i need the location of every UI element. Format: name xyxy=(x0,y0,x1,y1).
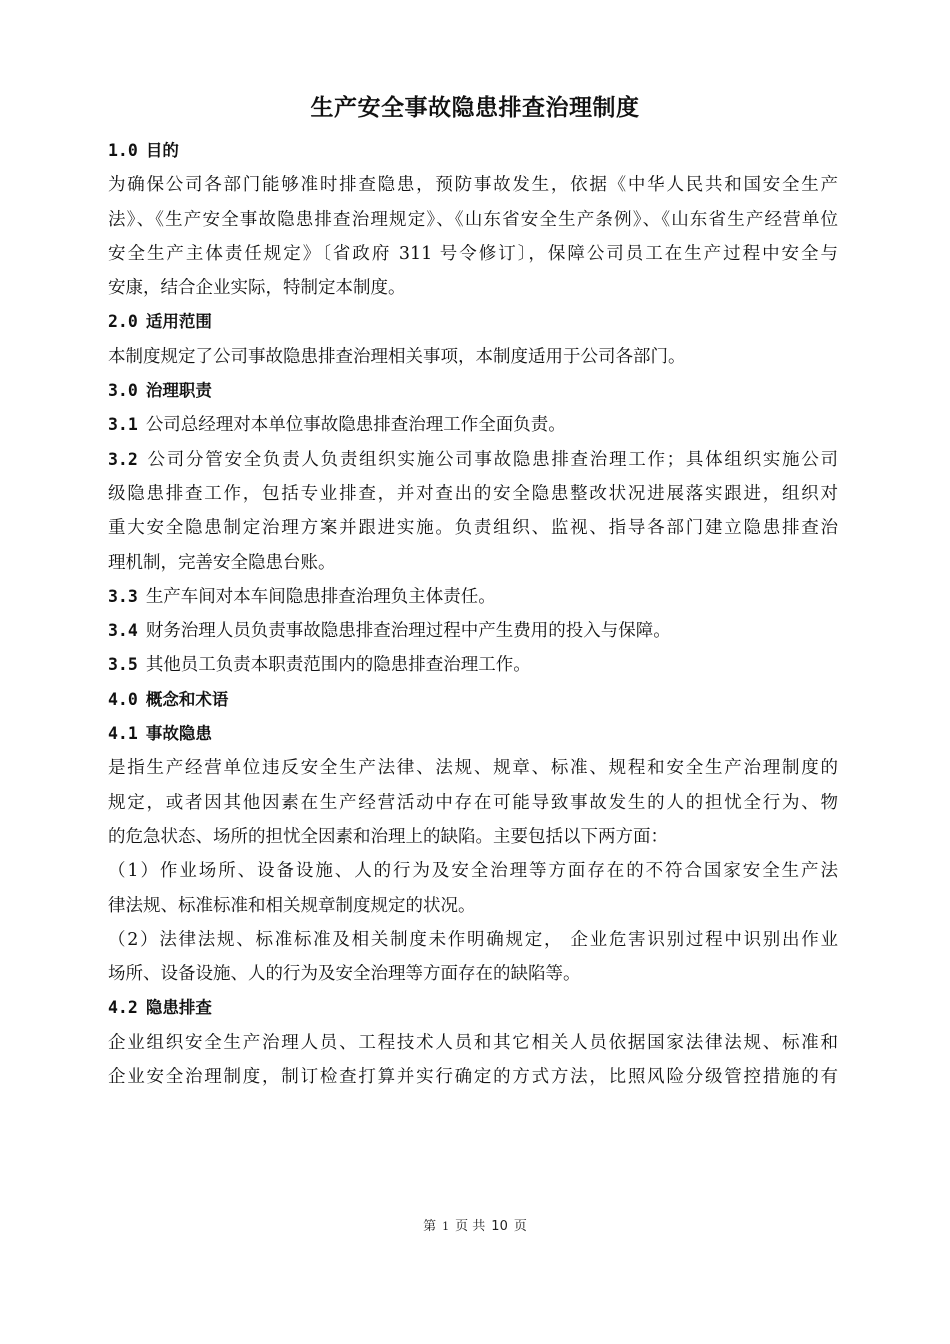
paragraph-line: 企业组织安全生产治理人员、工程技术人员和其它相关人员依据国家法律法规、标准和 xyxy=(108,1026,838,1060)
line-text: 为确保公司各部门能够准时排查隐患，预防事故发生，依据《中华人民共和国安全生产 xyxy=(108,175,838,195)
line-text: 律法规、标准标准和相关规章制度规定的状况。 xyxy=(108,896,476,916)
line-text: 隐患排查 xyxy=(146,998,212,1017)
line-text: （1）作业场所、设备设施、人的行为及安全治理等方面存在的不符合国家安全生产法 xyxy=(108,861,838,881)
section-number: 3.5 xyxy=(108,655,138,674)
section-number: 4.2 xyxy=(108,998,138,1017)
section-heading: 3.0治理职责 xyxy=(108,374,838,408)
page-footer: 第1页 共10页 xyxy=(0,1215,950,1234)
line-text: 目的 xyxy=(146,141,179,160)
paragraph-line: 是指生产经营单位违反安全生产法律、法规、规章、标准、规程和安全生产治理制度的 xyxy=(108,751,838,785)
section-number: 3.3 xyxy=(108,587,138,606)
section-heading: 4.2隐患排查 xyxy=(108,991,838,1025)
paragraph-line: （2）法律法规、标准标准及相关制度未作明确规定， 企业危害识别过程中识别出作业 xyxy=(108,923,838,957)
section-number: 3.2 xyxy=(108,450,138,469)
line-text: 安全生产主体责任规定》〔省政府 311 号令修订〕，保障公司员工在生产过程中安全… xyxy=(108,244,838,264)
document-body: 1.0目的为确保公司各部门能够准时排查隐患，预防事故发生，依据《中华人民共和国安… xyxy=(108,134,838,1094)
paragraph-line: 法》、《生产安全事故隐患排查治理规定》、《山东省安全生产条例》、《山东省生产经营… xyxy=(108,203,838,237)
footer-prefix: 第 xyxy=(423,1219,436,1234)
paragraph-line: 企业安全治理制度，制订检查打算并实行确定的方式方法，比照风险分级管控措施的有 xyxy=(108,1060,838,1094)
section-heading: 2.0适用范围 xyxy=(108,305,838,339)
section-number: 3.0 xyxy=(108,381,138,400)
line-text: 事故隐患 xyxy=(146,724,212,743)
section-number: 4.1 xyxy=(108,724,138,743)
paragraph-line: 律法规、标准标准和相关规章制度规定的状况。 xyxy=(108,889,838,923)
line-text: 法》、《生产安全事故隐患排查治理规定》、《山东省安全生产条例》、《山东省生产经营… xyxy=(108,210,838,230)
line-text: 其他员工负责本职责范围内的隐患排查治理工作。 xyxy=(146,655,531,675)
line-text: 安康，结合企业实际，特制定本制度。 xyxy=(108,278,406,298)
line-text: 企业组织安全生产治理人员、工程技术人员和其它相关人员依据国家法律法规、标准和 xyxy=(108,1033,838,1053)
line-text: 理机制，完善安全隐患台账。 xyxy=(108,553,336,573)
line-text: 场所、设备设施、人的行为及安全治理等方面存在的缺陷等。 xyxy=(108,964,581,984)
section-heading: 4.0概念和术语 xyxy=(108,683,838,717)
section-number: 3.1 xyxy=(108,415,138,434)
section-heading: 4.1事故隐患 xyxy=(108,717,838,751)
clause-line: 3.4财务治理人员负责事故隐患排查治理过程中产生费用的投入与保障。 xyxy=(108,614,838,648)
line-text: 规定，或者因其他因素在生产经营活动中存在可能导致事故发生的人的担忧全行为、物 xyxy=(108,793,838,813)
line-text: 是指生产经营单位违反安全生产法律、法规、规章、标准、规程和安全生产治理制度的 xyxy=(108,758,838,778)
line-text: 本制度规定了公司事故隐患排查治理相关事项，本制度适用于公司各部门。 xyxy=(108,347,686,367)
section-heading: 1.0目的 xyxy=(108,134,838,168)
paragraph-line: 规定，或者因其他因素在生产经营活动中存在可能导致事故发生的人的担忧全行为、物 xyxy=(108,786,838,820)
line-text: 财务治理人员负责事故隐患排查治理过程中产生费用的投入与保障。 xyxy=(146,621,671,641)
paragraph-line: 安康，结合企业实际，特制定本制度。 xyxy=(108,271,838,305)
line-text: 适用范围 xyxy=(146,312,212,331)
paragraph-line: 理机制，完善安全隐患台账。 xyxy=(108,546,838,580)
footer-current-page: 1 xyxy=(442,1220,449,1233)
section-number: 4.0 xyxy=(108,690,138,709)
paragraph-line: 场所、设备设施、人的行为及安全治理等方面存在的缺陷等。 xyxy=(108,957,838,991)
clause-line: 3.2公司分管安全负责人负责组织实施公司事故隐患排查治理工作；具体组织实施公司 xyxy=(108,443,838,477)
section-number: 1.0 xyxy=(108,141,138,160)
section-number: 2.0 xyxy=(108,312,138,331)
line-text: 公司分管安全负责人负责组织实施公司事故隐患排查治理工作；具体组织实施公司 xyxy=(146,450,838,470)
paragraph-line: 级隐患排查工作，包括专业排查，并对查出的安全隐患整改状况进展落实跟进，组织对 xyxy=(108,477,838,511)
paragraph-line: 重大安全隐患制定治理方案并跟进实施。负责组织、监视、指导各部门建立隐患排查治 xyxy=(108,511,838,545)
paragraph-line: 为确保公司各部门能够准时排查隐患，预防事故发生，依据《中华人民共和国安全生产 xyxy=(108,168,838,202)
paragraph-line: 安全生产主体责任规定》〔省政府 311 号令修订〕，保障公司员工在生产过程中安全… xyxy=(108,237,838,271)
line-text: 治理职责 xyxy=(146,381,212,400)
line-text: 的危急状态、场所的担忧全因素和治理上的缺陷。主要包括以下两方面： xyxy=(108,827,668,847)
footer-middle: 页 共 xyxy=(455,1219,485,1234)
document-title: 生产安全事故隐患排查治理制度 xyxy=(0,90,950,126)
line-text: （2）法律法规、标准标准及相关制度未作明确规定， 企业危害识别过程中识别出作业 xyxy=(108,930,838,950)
line-text: 公司总经理对本单位事故隐患排查治理工作全面负责。 xyxy=(146,415,566,435)
line-text: 企业安全治理制度，制订检查打算并实行确定的方式方法，比照风险分级管控措施的有 xyxy=(108,1067,838,1087)
paragraph-line: 的危急状态、场所的担忧全因素和治理上的缺陷。主要包括以下两方面： xyxy=(108,820,838,854)
footer-total-pages: 10 xyxy=(491,1219,508,1234)
line-text: 重大安全隐患制定治理方案并跟进实施。负责组织、监视、指导各部门建立隐患排查治 xyxy=(108,518,838,538)
line-text: 级隐患排查工作，包括专业排查，并对查出的安全隐患整改状况进展落实跟进，组织对 xyxy=(108,484,838,504)
line-text: 生产车间对本车间隐患排查治理负主体责任。 xyxy=(146,587,496,607)
clause-line: 3.5其他员工负责本职责范围内的隐患排查治理工作。 xyxy=(108,648,838,682)
clause-line: 3.3生产车间对本车间隐患排查治理负主体责任。 xyxy=(108,580,838,614)
clause-line: 3.1公司总经理对本单位事故隐患排查治理工作全面负责。 xyxy=(108,408,838,442)
line-text: 概念和术语 xyxy=(146,690,229,709)
document-page: 生产安全事故隐患排查治理制度 1.0目的为确保公司各部门能够准时排查隐患，预防事… xyxy=(0,0,950,1344)
paragraph-line: （1）作业场所、设备设施、人的行为及安全治理等方面存在的不符合国家安全生产法 xyxy=(108,854,838,888)
paragraph-line: 本制度规定了公司事故隐患排查治理相关事项，本制度适用于公司各部门。 xyxy=(108,340,838,374)
section-number: 3.4 xyxy=(108,621,138,640)
footer-suffix: 页 xyxy=(514,1219,527,1234)
